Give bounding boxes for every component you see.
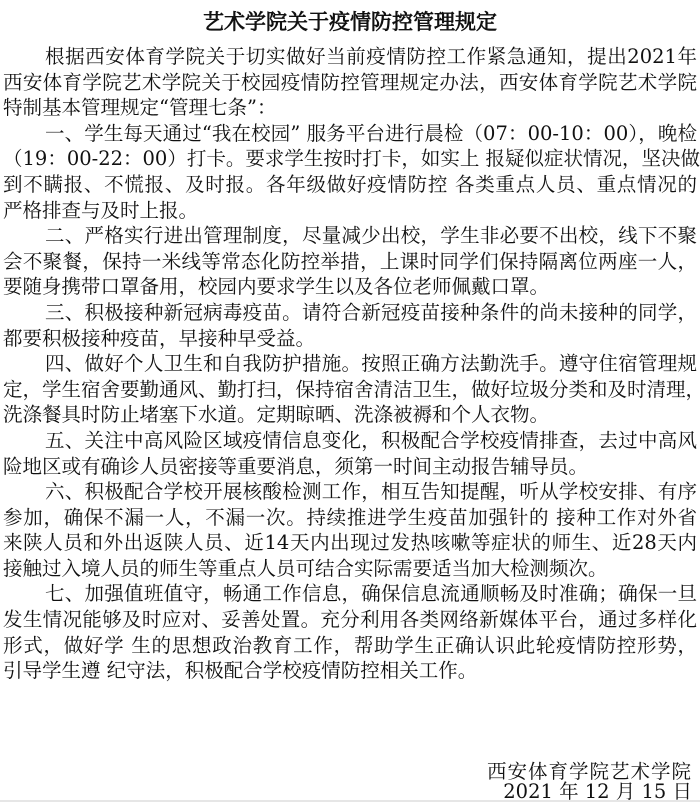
paragraph-rule-7: 七、加强值班值守，畅通工作信息，确保信息流通顺畅及时准确；确保一旦 发生情况能够… bbox=[3, 581, 697, 683]
paragraph-line: 六、积极配合学校开展核酸检测工作，相互告知提醒，听从学校安排、有序 bbox=[3, 479, 697, 505]
document-title: 艺术学院关于疫情防控管理规定 bbox=[0, 8, 700, 36]
paragraph-line: 洗涤餐具时防止堵塞下水道。定期晾晒、洗涤被褥和个人衣物。 bbox=[3, 402, 697, 428]
paragraph-line: 发生情况能够及时应对、妥善处置。充分利用各类网络新媒体平台，通过多样化 bbox=[3, 607, 697, 633]
paragraph-line: 定，学生宿舍要勤通风、勤打扫，保持宿舍清洁卫生，做好垃圾分类和及时清理， bbox=[3, 377, 697, 403]
paragraph-line: 参加，确保不漏一人，不漏一次。持续推进学生疫苗加强针的 接种工作对外省 bbox=[3, 505, 697, 531]
paragraph-line: 来陕人员和外出返陕人员、近14天内出现过发热咳嗽等症状的师生、近28天内 bbox=[3, 530, 697, 556]
paragraph-line: 严格排查与及时上报。 bbox=[3, 198, 697, 224]
paragraph-line: 要随身携带口罩备用，校园内要求学生以及各位老师佩戴口罩。 bbox=[3, 274, 697, 300]
signature-date: 2021 年 12 月 15 日 bbox=[392, 779, 692, 802]
paragraph-line: 根据西安体育学院关于切实做好当前疫情防控工作紧急通知，提出2021年 bbox=[3, 44, 697, 70]
paragraph-intro: 根据西安体育学院关于切实做好当前疫情防控工作紧急通知，提出2021年 西安体育学… bbox=[3, 44, 697, 121]
paragraph-rule-4: 四、做好个人卫生和自我防护措施。按照正确方法勤洗手。遵守住宿管理规 定，学生宿舍… bbox=[3, 351, 697, 428]
document-body: 根据西安体育学院关于切实做好当前疫情防控工作紧急通知，提出2021年 西安体育学… bbox=[3, 44, 697, 684]
paragraph-line: 险地区或有确诊人员密接等重要消息，须第一时间主动报告辅导员。 bbox=[3, 454, 697, 480]
paragraph-line: 都要积极接种疫苗，早接种早受益。 bbox=[3, 326, 697, 352]
paragraph-line: 会不聚餐，保持一米线等常态化防控举措，上课时同学们保持隔离位两座一人， bbox=[3, 249, 697, 275]
paragraph-line: 四、做好个人卫生和自我防护措施。按照正确方法勤洗手。遵守住宿管理规 bbox=[3, 351, 697, 377]
paragraph-line: 二、严格实行进出管理制度，尽量减少出校，学生非必要不出校，线下不聚 bbox=[3, 223, 697, 249]
paragraph-line: 到不瞒报、不慌报、及时报。各年级做好疫情防控 各类重点人员、重点情况的 bbox=[3, 172, 697, 198]
paragraph-rule-2: 二、严格实行进出管理制度，尽量减少出校，学生非必要不出校，线下不聚 会不聚餐，保… bbox=[3, 223, 697, 300]
paragraph-rule-6: 六、积极配合学校开展核酸检测工作，相互告知提醒，听从学校安排、有序 参加，确保不… bbox=[3, 479, 697, 581]
paragraph-line: 形式，做好学 生的思想政治教育工作，帮助学生正确认识此轮疫情防控形势， bbox=[3, 633, 697, 659]
paragraph-line: 西安体育学院艺术学院关于校园疫情防控管理规定办法，西安体育学院艺术学院 bbox=[3, 70, 697, 96]
paragraph-rule-3: 三、积极接种新冠病毒疫苗。请符合新冠疫苗接种条件的尚未接种的同学， 都要积极接种… bbox=[3, 300, 697, 351]
paragraph-rule-5: 五、关注中高风险区域疫情信息变化，积极配合学校疫情排查，去过中高风 险地区或有确… bbox=[3, 428, 697, 479]
paragraph-line: 七、加强值班值守，畅通工作信息，确保信息流通顺畅及时准确；确保一旦 bbox=[3, 581, 697, 607]
paragraph-line: 一、学生每天通过“我在校园” 服务平台进行晨检（07：00-10：00），晚检 bbox=[3, 121, 697, 147]
paragraph-line: 特制基本管理规定“管理七条”： bbox=[3, 95, 697, 121]
paragraph-line: （19：00-22：00）打卡。要求学生按时打卡，如实上 报疑似症状情况，坚决做 bbox=[3, 146, 697, 172]
paragraph-rule-1: 一、学生每天通过“我在校园” 服务平台进行晨检（07：00-10：00），晚检 … bbox=[3, 121, 697, 223]
paragraph-line: 接触过入境人员的师生等重点人员可结合实际需要适当加大检测频次。 bbox=[3, 556, 697, 582]
paragraph-line: 五、关注中高风险区域疫情信息变化，积极配合学校疫情排查，去过中高风 bbox=[3, 428, 697, 454]
paragraph-line: 三、积极接种新冠病毒疫苗。请符合新冠疫苗接种条件的尚未接种的同学， bbox=[3, 300, 697, 326]
paragraph-line: 引导学生遵 纪守法，积极配合学校疫情防控相关工作。 bbox=[3, 658, 697, 684]
